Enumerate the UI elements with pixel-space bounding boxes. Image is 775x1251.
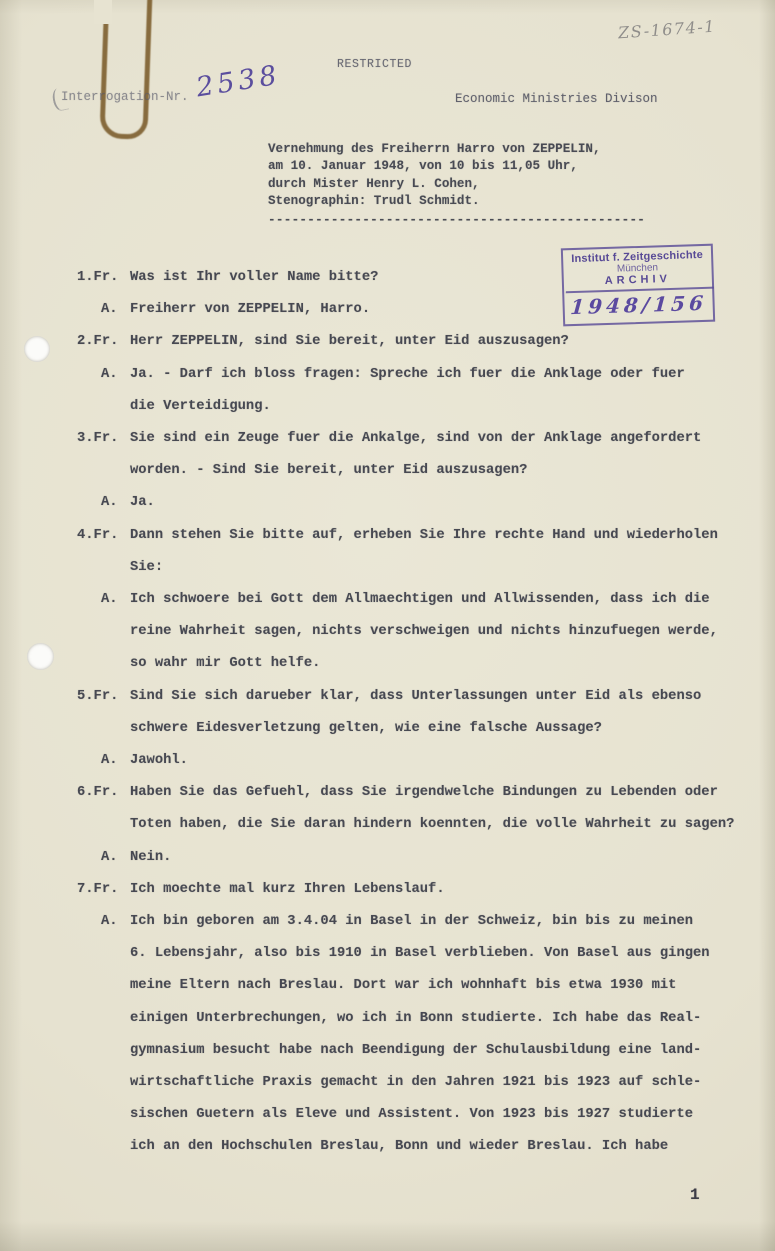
qa-text: Ich schwoere bei Gott dem Allmaechtigen … (130, 584, 767, 681)
qa-entry-answer: A. Ich bin geboren am 3.4.04 in Basel in… (0, 906, 775, 1164)
qa-label: A. (101, 584, 118, 616)
qa-text: Herr ZEPPELIN, sind Sie bereit, unter Ei… (130, 326, 767, 358)
qa-entry-answer: A. Ja. (0, 487, 775, 519)
session-header: Vernehmung des Freiherrn Harro von ZEPPE… (268, 141, 645, 229)
archive-reference-handwritten: ZS-1674-1 (617, 17, 716, 43)
session-header-line: am 10. Januar 1948, von 10 bis 11,05 Uhr… (268, 158, 645, 175)
typed-divider: ----------------------------------------… (268, 212, 645, 229)
qa-text: Ich bin geboren am 3.4.04 in Basel in de… (130, 906, 767, 1164)
classification-stamp: RESTRICTED (337, 58, 412, 71)
qa-text: Was ist Ihr voller Name bitte? (130, 262, 767, 294)
qa-text: Jawohl. (130, 745, 767, 777)
transcript: 1.Fr. Was ist Ihr voller Name bitte? A. … (0, 262, 775, 1164)
qa-label: 7.Fr. (77, 874, 118, 906)
session-header-line: Stenographin: Trudl Schmidt. (268, 193, 645, 210)
qa-entry-question: 5.Fr. Sind Sie sich darueber klar, dass … (0, 681, 775, 745)
qa-label: 5.Fr. (77, 681, 118, 713)
qa-label: A. (101, 359, 118, 391)
qa-text: Freiherr von ZEPPELIN, Harro. (130, 294, 767, 326)
qa-label: 3.Fr. (77, 423, 118, 455)
qa-entry-question: 7.Fr. Ich moechte mal kurz Ihren Lebensl… (0, 874, 775, 906)
qa-label: A. (101, 842, 118, 874)
qa-label: 2.Fr. (77, 326, 118, 358)
qa-entry-question: 3.Fr. Sie sind ein Zeuge fuer die Ankalg… (0, 423, 775, 487)
interrogation-label: Interrogation-Nr. (61, 90, 189, 104)
session-header-line: Vernehmung des Freiherrn Harro von ZEPPE… (268, 141, 645, 158)
qa-label: A. (101, 745, 118, 777)
interrogation-number-handwritten: 2538 (194, 60, 283, 104)
session-header-line: durch Mister Henry L. Cohen, (268, 176, 645, 193)
qa-entry-question: 6.Fr. Haben Sie das Gefuehl, dass Sie ir… (0, 777, 775, 841)
punch-hole-bottom (27, 643, 54, 670)
qa-text: Sind Sie sich darueber klar, dass Unterl… (130, 681, 767, 745)
qa-label: A. (101, 487, 118, 519)
qa-entry-question: 2.Fr. Herr ZEPPELIN, sind Sie bereit, un… (0, 326, 775, 358)
qa-text: Ich moechte mal kurz Ihren Lebenslauf. (130, 874, 767, 906)
qa-entry-answer: A. Ich schwoere bei Gott dem Allmaechtig… (0, 584, 775, 681)
qa-entry-answer: A. Jawohl. (0, 745, 775, 777)
qa-entry-question: 4.Fr. Dann stehen Sie bitte auf, erheben… (0, 520, 775, 584)
qa-text: Haben Sie das Gefuehl, dass Sie irgendwe… (130, 777, 767, 841)
qa-text: Nein. (130, 842, 767, 874)
interrogation-number-line: Interrogation-Nr. (61, 90, 189, 104)
qa-label: A. (101, 906, 118, 938)
qa-entry-answer: A. Ja. - Darf ich bloss fragen: Spreche … (0, 359, 775, 423)
page-number: 1 (690, 1186, 700, 1204)
qa-entry-answer: A. Freiherr von ZEPPELIN, Harro. (0, 294, 775, 326)
qa-text: Ja. (130, 487, 767, 519)
paperclip-rust-mark-fade (94, 0, 112, 24)
division-title: Economic Ministries Divison (455, 92, 658, 106)
qa-text: Ja. - Darf ich bloss fragen: Spreche ich… (130, 359, 767, 423)
qa-text: Dann stehen Sie bitte auf, erheben Sie I… (130, 520, 767, 584)
qa-entry-answer: A. Nein. (0, 842, 775, 874)
qa-entry-question: 1.Fr. Was ist Ihr voller Name bitte? (0, 262, 775, 294)
qa-text: Sie sind ein Zeuge fuer die Ankalge, sin… (130, 423, 767, 487)
qa-label: 6.Fr. (77, 777, 118, 809)
qa-label: A. (101, 294, 118, 326)
punch-hole-top (24, 336, 50, 362)
qa-label: 4.Fr. (77, 520, 118, 552)
qa-label: 1.Fr. (77, 262, 118, 294)
document-page: ZS-1674-1 RESTRICTED Interrogation-Nr. 2… (0, 0, 775, 1251)
